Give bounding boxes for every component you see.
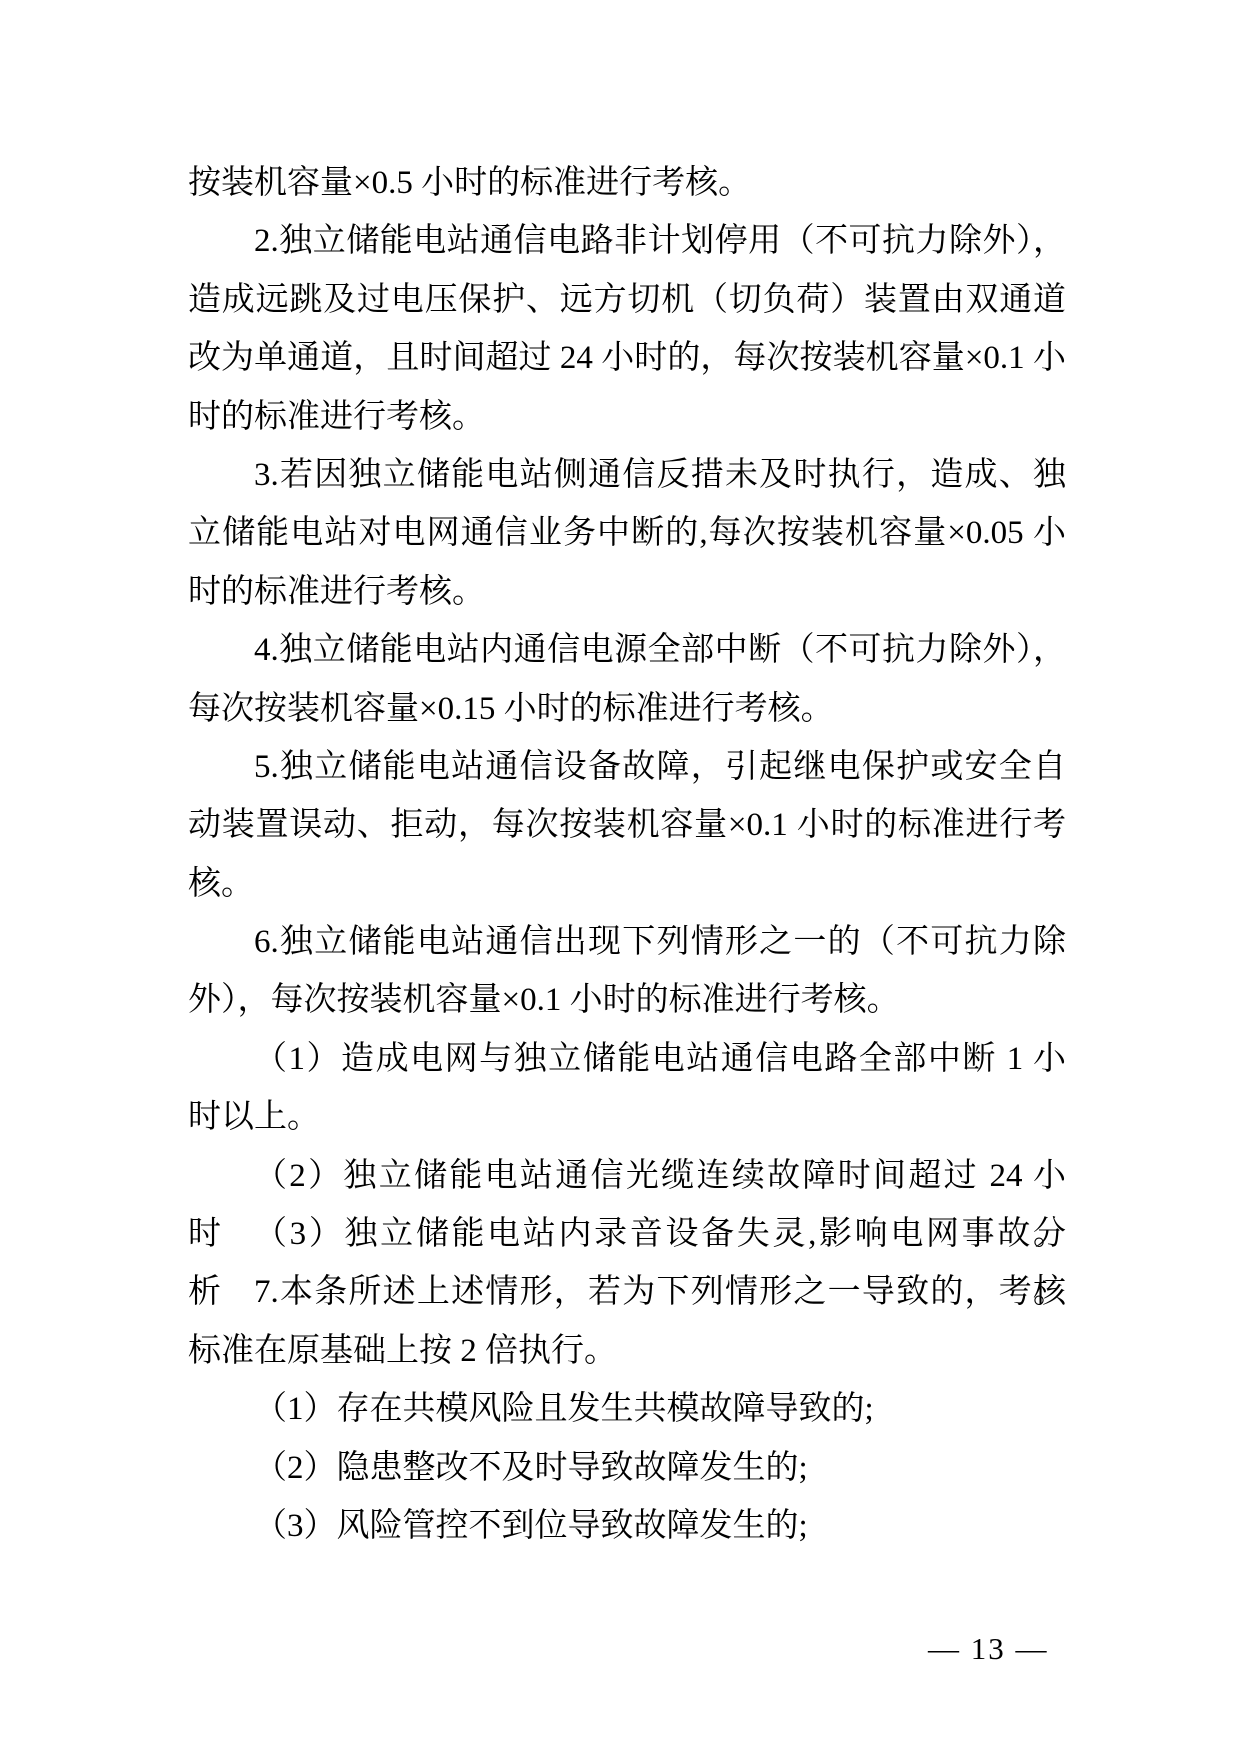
text-line: （1）造成电网与独立储能电站通信电路全部中断 1 小 — [188, 1030, 1066, 1088]
page-number: — 13 — — [928, 1624, 1049, 1674]
text-line: 每次按装机容量×0.15 小时的标准进行考核。 — [188, 680, 1066, 738]
text-line: 时的标准进行考核。 — [188, 388, 1066, 446]
text-line: 7.本条所述上述情形，若为下列情形之一导致的，考核 — [188, 1263, 1066, 1321]
text-line: 核。 — [188, 855, 1066, 913]
text-line: 时的标准进行考核。 — [188, 563, 1066, 621]
text-line: 动装置误动、拒动，每次按装机容量×0.1 小时的标准进行考 — [188, 796, 1066, 854]
text-line: 改为单通道，且时间超过 24 小时的，每次按装机容量×0.1 小 — [188, 329, 1066, 387]
text-line: 按装机容量×0.5 小时的标准进行考核。 — [188, 154, 1066, 212]
document-body: 按装机容量×0.5 小时的标准进行考核。2.独立储能电站通信电路非计划停用（不可… — [188, 154, 1066, 1555]
text-line: （2）独立储能电站通信光缆连续故障时间超过 24 小时。 — [188, 1147, 1066, 1205]
text-line: 6.独立储能电站通信出现下列情形之一的（不可抗力除 — [188, 913, 1066, 971]
text-line: 外），每次按装机容量×0.1 小时的标准进行考核。 — [188, 971, 1066, 1029]
text-line: 造成远跳及过电压保护、远方切机（切负荷）装置由双通道 — [188, 271, 1066, 329]
text-line: 时以上。 — [188, 1088, 1066, 1146]
text-line: 4.独立储能电站内通信电源全部中断（不可抗力除外）， — [188, 621, 1066, 679]
text-line: 标准在原基础上按 2 倍执行。 — [188, 1322, 1066, 1380]
text-line: 3.若因独立储能电站侧通信反措未及时执行，造成、独 — [188, 446, 1066, 504]
text-line: （2）隐患整改不及时导致故障发生的; — [188, 1439, 1066, 1497]
text-line: （3）独立储能电站内录音设备失灵,影响电网事故分析。 — [188, 1205, 1066, 1263]
text-line: （3）风险管控不到位导致故障发生的; — [188, 1497, 1066, 1555]
text-line: 立储能电站对电网通信业务中断的,每次按装机容量×0.05 小 — [188, 504, 1066, 562]
text-line: （1）存在共模风险且发生共模故障导致的; — [188, 1380, 1066, 1438]
text-line: 5.独立储能电站通信设备故障，引起继电保护或安全自 — [188, 738, 1066, 796]
document-page: 按装机容量×0.5 小时的标准进行考核。2.独立储能电站通信电路非计划停用（不可… — [0, 0, 1240, 1754]
text-line: 2.独立储能电站通信电路非计划停用（不可抗力除外）， — [188, 212, 1066, 270]
